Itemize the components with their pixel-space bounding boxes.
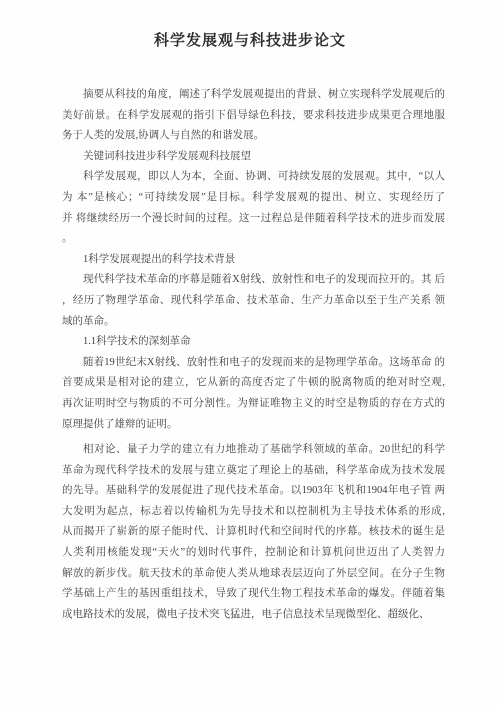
text-line: 从而揭开了崭新的原子能时代、计算机时代和空间时代的序幕。核技术的诞生是: [62, 522, 445, 543]
paragraph-heading-1-1: 1.1科学技术的深刻革命: [62, 332, 445, 353]
text-line: 革命为现代科学技术的发展与建立奠定了理论上的基础，科学革命成为技术发展: [62, 461, 445, 482]
text-line: 。: [62, 229, 445, 250]
text-line: 解放的新步伐。航天技术的革命使人类从地球表层迈向了外层空间。在分子生物: [62, 564, 445, 585]
text-line: 的先导。基础科学的发展促进了现代技术革命。以1903年飞机和1904年电子管 两: [62, 481, 445, 502]
text-line: 相对论、量子力学的建立有力地推动了基础学科领域的革命。20世纪的科学: [62, 440, 445, 461]
paragraph-section-1: 现代科学技术革命的序幕是随着X射线、放射性和电子的发现而拉开的。其 后，经历了物…: [62, 270, 445, 332]
text-line: 成电路技术的发展，微电子技术突飞猛进，电子信息技术呈现微型化、超级化、: [62, 605, 445, 626]
document-page: 科学发展观与科技进步论文 摘要从科技的角度，阐述了科学发展观提出的背景、树立实现…: [0, 0, 500, 707]
text-line: 摘要从科技的角度，阐述了科学发展观提出的背景、树立实现科学发展观后的: [62, 85, 445, 106]
text-line: 并 将继续经历一个漫长时间的过程。这一过程总是伴随着科学技术的进步而发展: [62, 209, 445, 230]
text-line: 1科学发展观提出的科学技术背景: [62, 250, 445, 271]
text-line: 现代科学技术革命的序幕是随着X射线、放射性和电子的发现而拉开的。其 后: [62, 270, 445, 291]
text-line: 再次证明时空与物质的不可分割性。为辩证唯物主义的时空是物质的存在方式的: [62, 394, 445, 415]
text-line: 务于人类的发展,协调人与自然的和谐发展。: [62, 126, 445, 147]
text-line: 人类利用核能发现“天火”的划时代事件，控制论和计算机问世迈出了人类智力: [62, 543, 445, 564]
text-line: ，经历了物理学革命、现代科学革命、技术革命、生产力革命以至于生产关系 领: [62, 291, 445, 312]
document-title: 科学发展观与科技进步论文: [0, 30, 500, 52]
text-line: 大发明为起点，标志着以传输机为先导技术和以控制机为主导技术体系的形成,: [62, 502, 445, 523]
text-line: 为 本”是核心；“可持续发展”是目标。科学发展观的提出、树立、实现经历了: [62, 188, 445, 209]
paragraph-keywords: 关键词科技进步科学发展观科技展望: [62, 147, 445, 168]
text-line: 1.1科学技术的深刻革命: [62, 332, 445, 353]
text-line: 学基础上产生的基因重组技术，导致了现代生物工程技术革命的爆发。伴随着集: [62, 584, 445, 605]
paragraph-heading-1: 1科学发展观提出的科学技术背景: [62, 250, 445, 271]
text-line: 域的革命。: [62, 312, 445, 333]
text-line: 关键词科技进步科学发展观科技展望: [62, 147, 445, 168]
text-line: 随着19世纪末X射线、放射性和电子的发现而来的是物理学革命。这场革命 的: [62, 353, 445, 374]
paragraph-section-1-1-para-2: 相对论、量子力学的建立有力地推动了基础学科领域的革命。20世纪的科学革命为现代科…: [62, 440, 445, 625]
paragraph-intro: 科学发展观，即以人为本，全面、协调、可持续发展的发展观。其中，“以人为 本”是核…: [62, 167, 445, 249]
document-body: 摘要从科技的角度，阐述了科学发展观提出的背景、树立实现科学发展观后的美好前景。在…: [62, 85, 445, 625]
text-line: 原理提供了雄辩的证明。: [62, 415, 445, 436]
paragraph-abstract: 摘要从科技的角度，阐述了科学发展观提出的背景、树立实现科学发展观后的美好前景。在…: [62, 85, 445, 147]
paragraph-section-1-1-para-1: 随着19世纪末X射线、放射性和电子的发现而来的是物理学革命。这场革命 的首要成果…: [62, 353, 445, 435]
text-line: 美好前景。在科学发展观的指引下倡导绿色科技，要求科技进步成果更合理地服: [62, 106, 445, 127]
text-line: 首要成果是相对论的建立，它从新的高度否定了牛顿的脱离物质的绝对时空观,: [62, 373, 445, 394]
text-line: 科学发展观，即以人为本，全面、协调、可持续发展的发展观。其中，“以人: [62, 167, 445, 188]
